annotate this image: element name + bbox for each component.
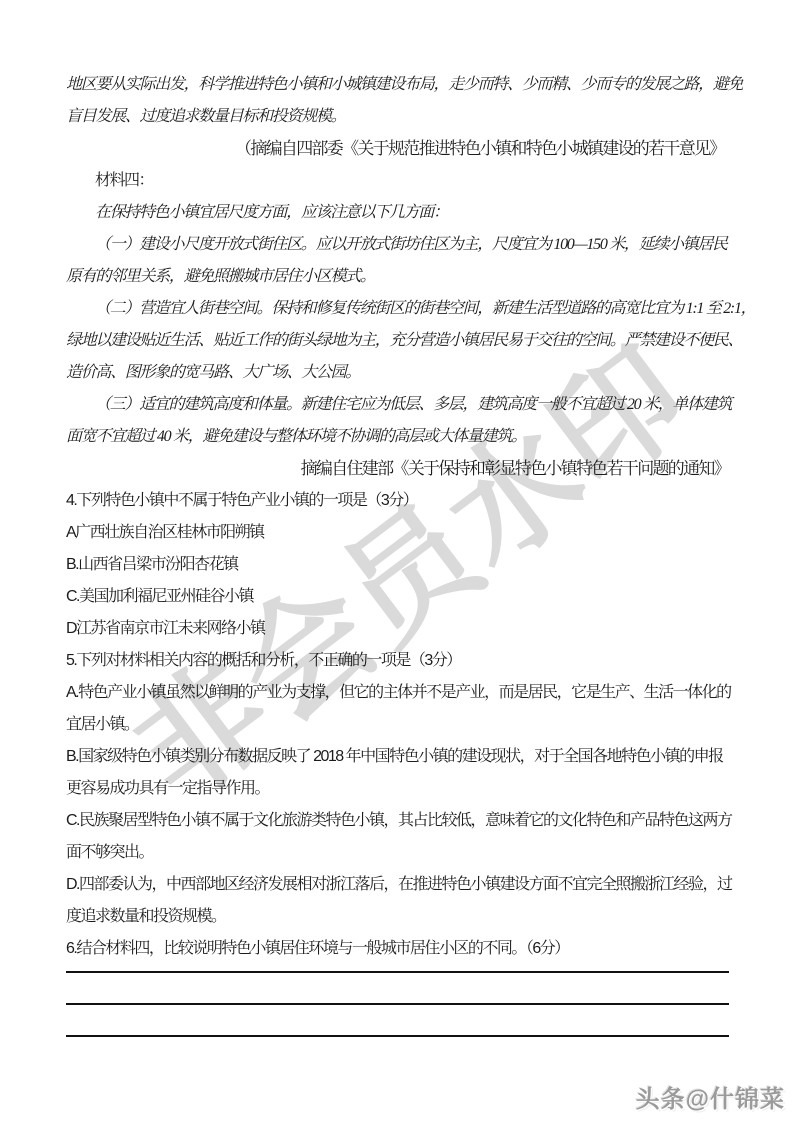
question-4-option-d: D江苏省南京市江未来网络小镇 <box>66 613 729 645</box>
question-4-option-b: B.山西省吕梁市汾阳杏花镇 <box>66 549 729 581</box>
answer-blank-line-1 <box>66 971 729 973</box>
answer-blank-line-2 <box>66 1003 729 1005</box>
question-5-option-d-line-2: 度追求数量和投资规模。 <box>66 901 729 933</box>
question-5-option-d-line-1: D.四部委认为，中西部地区经济发展相对浙江落后，在推进特色小镇建设方面不宜完全照… <box>66 869 729 901</box>
intro-line-2: 盲目发展、过度追求数量目标和投资规模。 <box>66 101 729 133</box>
material-4-item-1-line-1: （一）建设小尺度开放式街住区。应以开放式街坊住区为主，尺度宜为 100—150 … <box>66 229 729 261</box>
question-5-option-b-line-2: 更容易成功具有一定指导作用。 <box>66 773 729 805</box>
source-attribution-2: 摘编自住建部《关于保持和彰显特色小镇特色若干问题的通知》 <box>66 453 729 485</box>
question-6-stem: 6.结合材料四，比较说明特色小镇居住环境与一般城市居住小区的不同。（6分） <box>66 933 729 965</box>
question-4-stem: 4.下列特色小镇中不属于特色产业小镇的一项是（3分） <box>66 485 729 517</box>
question-5-option-b-line-1: B.国家级特色小镇类别分布数据反映了 2018 年中国特色小镇的建设现状，对于全… <box>66 741 729 773</box>
material-4-item-1-line-2: 原有的邻里关系，避免照搬城市居住小区模式。 <box>66 261 729 293</box>
material-4-label: 材料四： <box>66 165 729 197</box>
question-4-option-a: A广西壮族自治区桂林市阳朔镇 <box>66 517 729 549</box>
material-4-intro: 在保持特色小镇宜居尺度方面，应该注意以下几方面： <box>66 197 729 229</box>
question-5-option-a-line-1: A.特色产业小镇虽然以鲜明的产业为支撑，但它的主体并不是产业，而是居民，它是生产… <box>66 677 729 709</box>
question-5-option-a-line-2: 宜居小镇。 <box>66 709 729 741</box>
footer-credit-watermark: 头条@什锦菜 <box>636 1079 785 1114</box>
material-4-item-2-line-1: （二）营造宜人街巷空间。保持和修复传统街区的街巷空间，新建生活型道路的高宽比宜为… <box>66 293 729 325</box>
document-content: 地区要从实际出发，科学推进特色小镇和小城镇建设布局，走少而特、少而精、少而专的发… <box>66 69 729 1037</box>
question-5-option-c-line-1: C.民族聚居型特色小镇不属于文化旅游类特色小镇，其占比较低，意味着它的文化特色和… <box>66 805 729 837</box>
question-4-option-c: C.美国加利福尼亚州硅谷小镇 <box>66 581 729 613</box>
material-4-item-3-line-1: （三）适宜的建筑高度和体量。新建住宅应为低层、多层，建筑高度一般不宜超过 20 … <box>66 389 729 421</box>
material-4-item-2-line-2: 绿地以建设贴近生活、贴近工作的街头绿地为主，充分营造小镇居民易于交往的空间。严禁… <box>66 325 729 357</box>
question-5-option-c-line-2: 面不够突出。 <box>66 837 729 869</box>
exam-document-page: 非会员水印 地区要从实际出发，科学推进特色小镇和小城镇建设布局，走少而特、少而精… <box>0 0 793 1122</box>
question-5-stem: 5.下列对材料相关内容的概括和分析，不正确的一项是（3分） <box>66 645 729 677</box>
intro-line-1: 地区要从实际出发，科学推进特色小镇和小城镇建设布局，走少而特、少而精、少而专的发… <box>66 69 729 101</box>
material-4-item-3-line-2: 面宽不宜超过 40 米，避免建设与整体环境不协调的高层或大体量建筑。 <box>66 421 729 453</box>
source-attribution-1: （摘编自四部委《关于规范推进特色小镇和特色小城镇建设的若干意见》 <box>66 133 729 165</box>
answer-blank-line-3 <box>66 1035 729 1037</box>
material-4-item-2-line-3: 造价高、图形象的宽马路、大广场、大公园。 <box>66 357 729 389</box>
